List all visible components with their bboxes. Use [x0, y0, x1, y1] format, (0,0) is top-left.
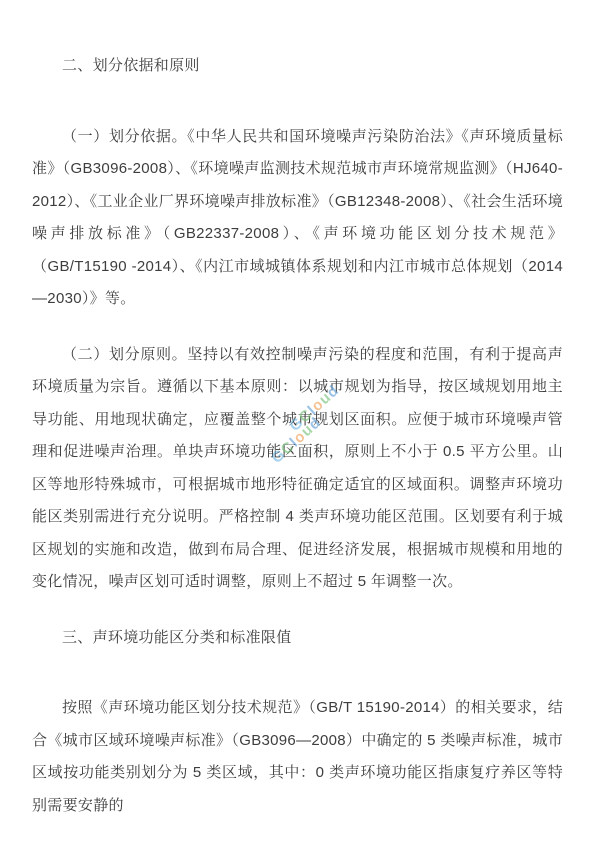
section-heading: 二、划分依据和原则	[32, 50, 563, 83]
document-page: 二、划分依据和原则（一）划分依据。《中华人民共和国环境噪声污染防治法》《声环境质…	[0, 0, 595, 841]
paragraph: （一）划分依据。《中华人民共和国环境噪声污染防治法》《声环境质量标准》（GB30…	[32, 121, 563, 316]
paragraph: （二）划分原则。坚持以有效控制噪声污染的程度和范围，有利于提高声环境质量为宗旨。…	[32, 339, 563, 599]
document-content: 二、划分依据和原则（一）划分依据。《中华人民共和国环境噪声污染防治法》《声环境质…	[32, 50, 563, 841]
paragraph: 按照《声环境功能区划分技术规范》（GB/T 15190-2014）的相关要求，结…	[32, 692, 563, 822]
section-heading: 三、声环境功能区分类和标准限值	[32, 622, 563, 655]
